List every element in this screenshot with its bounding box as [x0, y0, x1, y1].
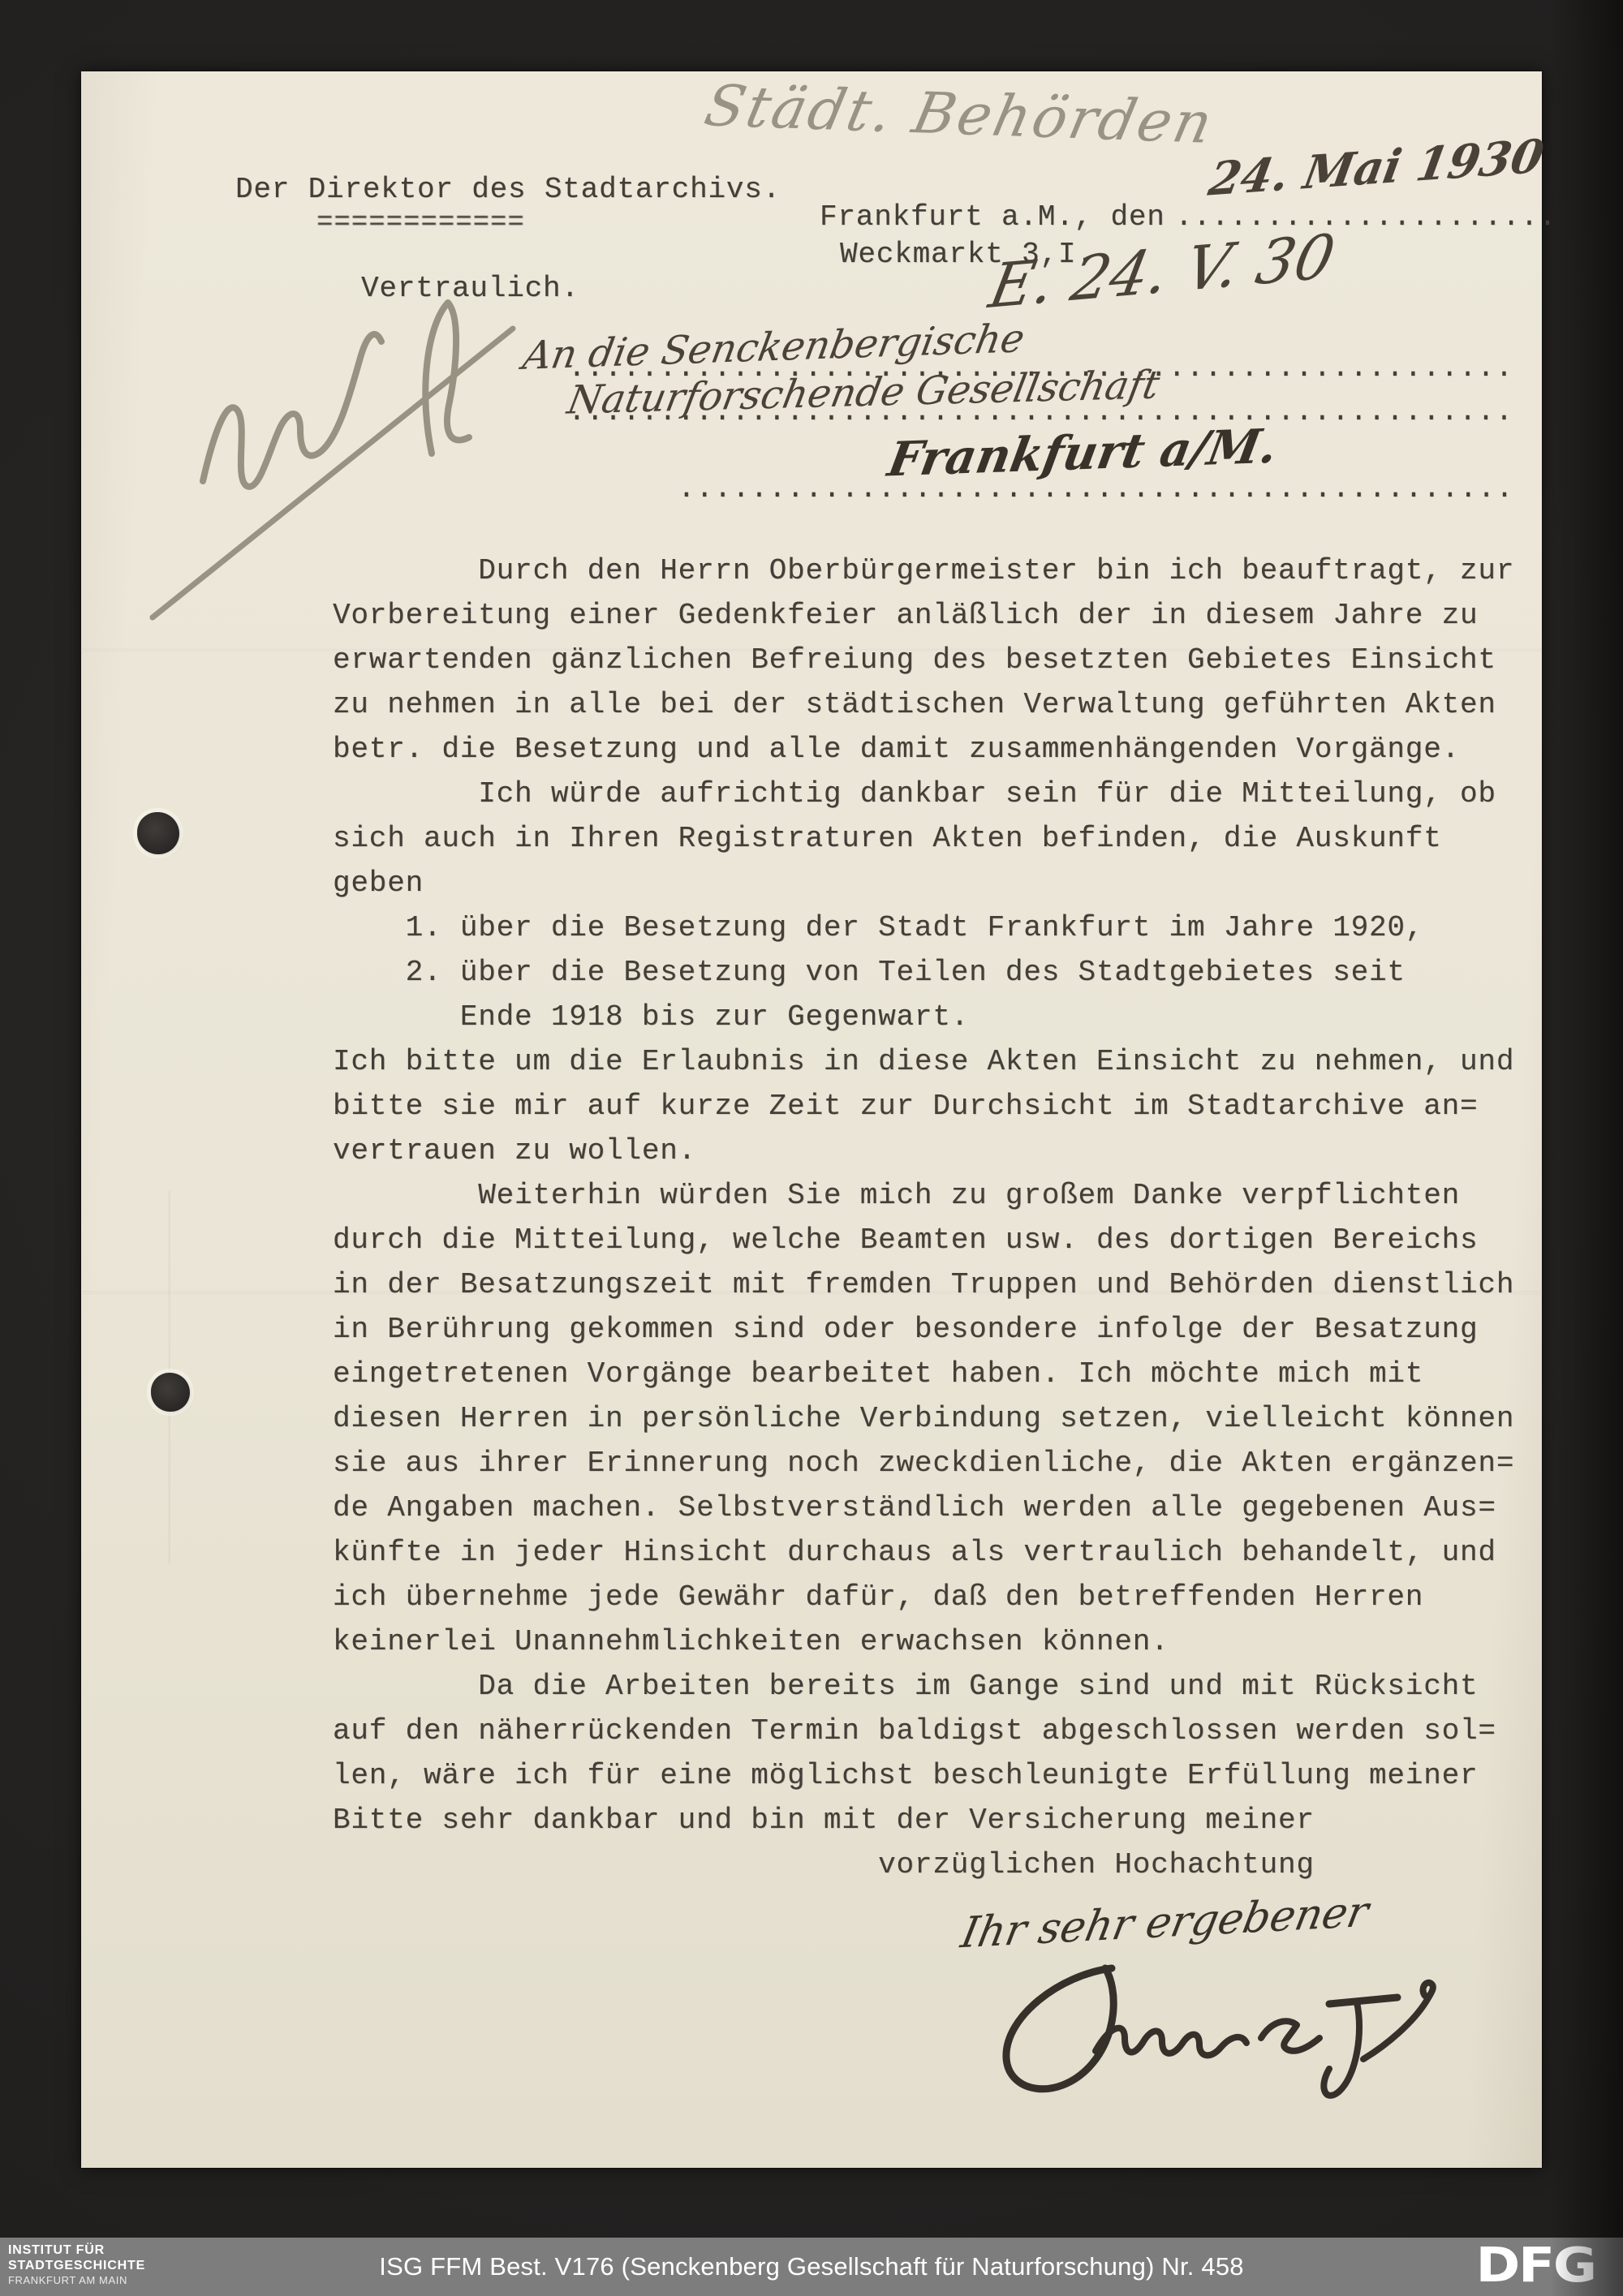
footer-bar: INSTITUT FÜR STADTGESCHICHTE FRANKFURT A…	[0, 2238, 1623, 2296]
scan-background: Städt. Behörden Der Direktor des Stadtar…	[0, 0, 1623, 2296]
hole-punch-bottom	[151, 1373, 190, 1412]
document-page: Städt. Behörden Der Direktor des Stadtar…	[81, 71, 1542, 2168]
pencil-stamp-handwriting: Städt. Behörden	[700, 72, 1220, 156]
signature-scrawl	[982, 1954, 1453, 2148]
closing-handwriting: Ihr sehr ergebener	[957, 1888, 1372, 1958]
footer-caption: ISG FFM Best. V176 (Senckenberg Gesellsc…	[0, 2252, 1623, 2281]
hole-punch-top	[137, 812, 179, 854]
typed-body: Durch den Herrn Oberbürgermeister bin ic…	[333, 548, 1514, 1887]
dfg-logo: DFG	[1476, 2238, 1595, 2293]
sender-underline: ============	[316, 201, 525, 246]
